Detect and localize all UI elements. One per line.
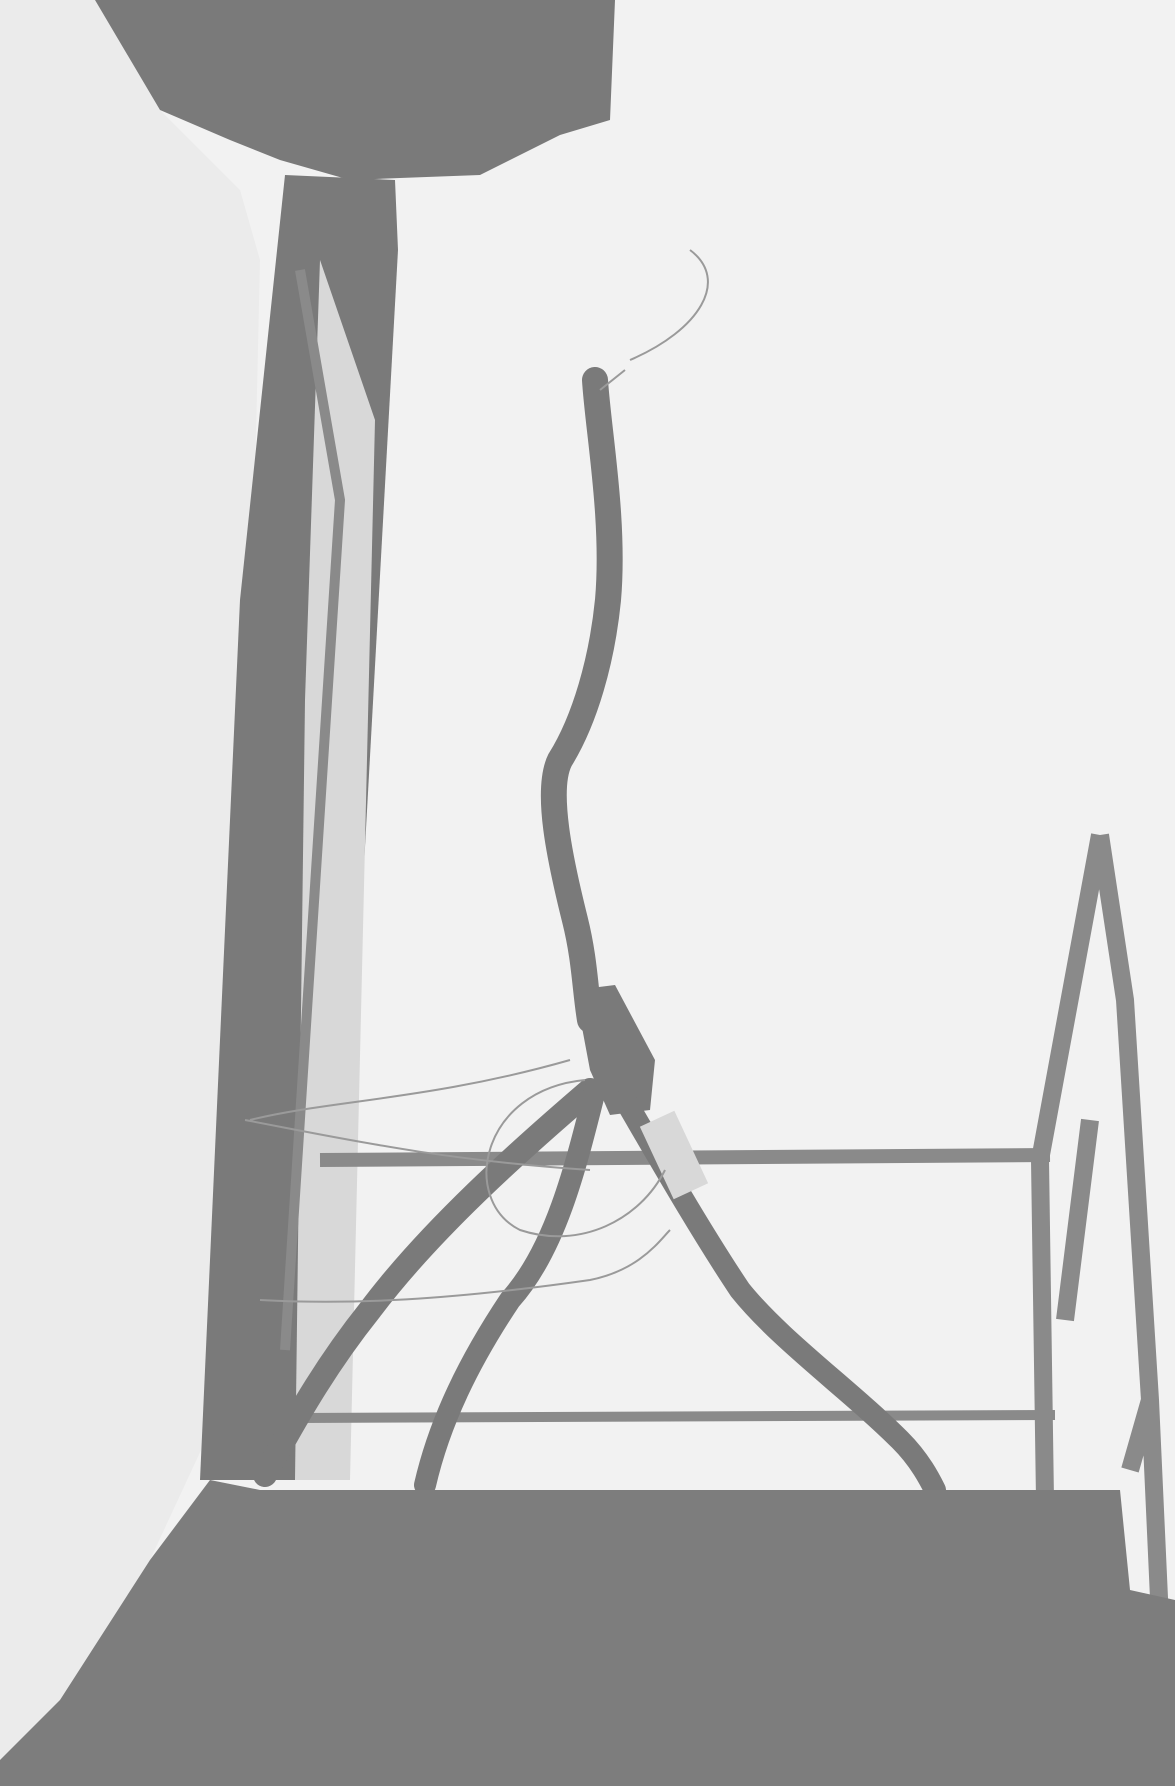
railing-bottom-bar <box>300 1415 1055 1418</box>
photograph <box>0 0 1175 1786</box>
dark-floor <box>0 1480 1175 1786</box>
